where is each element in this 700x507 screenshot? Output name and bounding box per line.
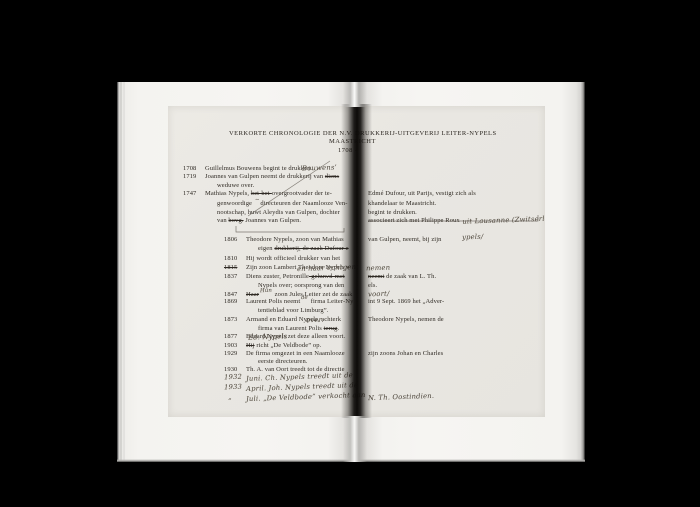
page-edge-stack xyxy=(117,82,126,462)
gutter-highlight-bottom xyxy=(343,416,367,462)
gutter-highlight-top xyxy=(343,82,367,107)
right-bracket-line xyxy=(368,215,538,221)
page-right-edge xyxy=(577,82,585,462)
book-photograph: VERKORTE CHRONOLOGIE DER N.V. DRUKKERIJ-… xyxy=(0,0,700,507)
left-bracket-line xyxy=(236,226,344,232)
gutter-dark-shadow xyxy=(341,104,372,418)
insertion-stroke xyxy=(248,161,330,216)
